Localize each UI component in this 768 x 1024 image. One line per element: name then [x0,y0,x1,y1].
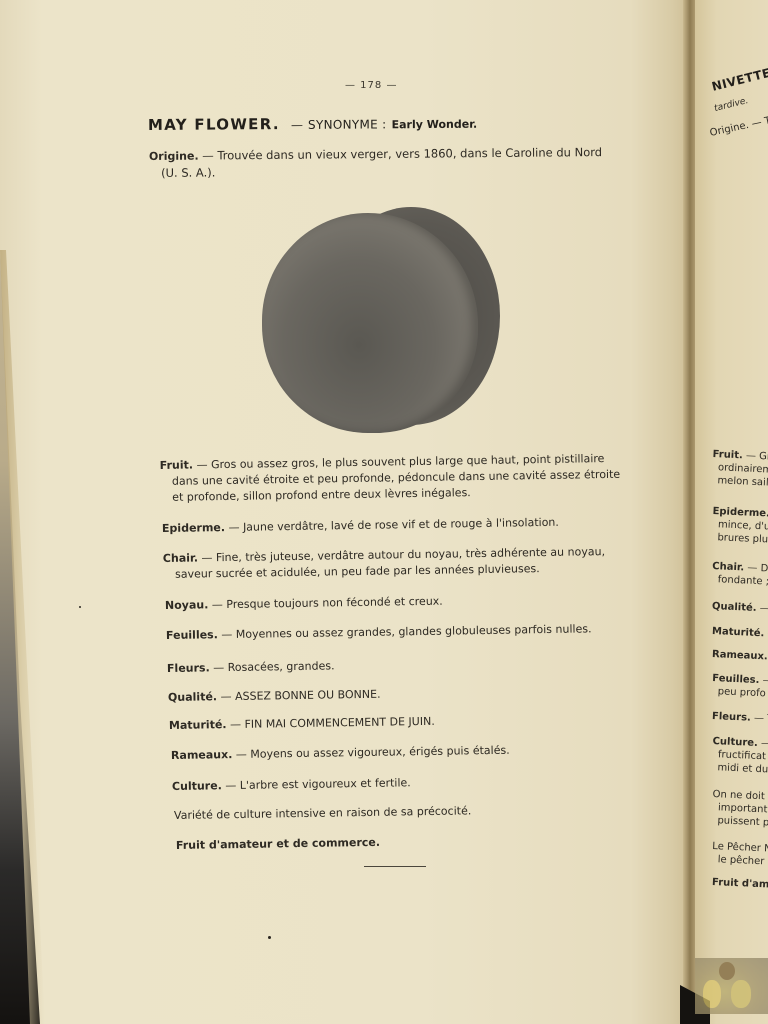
entry-qualite: Qualité. — ASSEZ BONNE OU BONNE. [168,687,381,706]
entry-label: Rameaux. [712,649,768,662]
entry-label: Noyau. [165,598,209,612]
peach-illustration [262,205,502,433]
entry-label: Feuilles. [712,673,760,686]
paragraph-text-cont: puissent p [711,814,768,830]
entry-label: Qualité. [712,601,757,614]
entry-label: Fruit. [160,458,193,472]
paper-speck [268,936,271,939]
origin-text: — Trouvée dans un vieux verger, vers 186… [202,145,602,162]
entry-text: — Gro [746,450,768,462]
entry-text: — Rosacées, grandes. [213,659,335,674]
paragraph-text: On ne doit [712,789,765,802]
right-paragraph-1: On ne doit important puissent p [711,788,768,829]
entry-text: — [761,738,768,749]
entry-label: Epiderme. [162,521,225,535]
heading-dash: — [291,118,303,132]
entry-text-cont: midi et du [711,761,768,777]
entry-fleurs: Fleurs. — Rosacées, grandes. [167,658,335,677]
synonym-label: SYNONYME : [308,117,387,132]
entry-label: Rameaux. [171,748,233,762]
right-entry-epiderme: Epiderme. — mince, d'u brures plus [711,505,768,547]
entry-text: — E [759,603,768,615]
origin-label: Origine. [149,150,199,163]
right-entry-chair: Chair. — D'u fondante ; [711,560,768,589]
entry-text: — ASSEZ BONNE OU BONNE. [220,688,380,704]
peach-front-half [262,213,478,433]
right-entry-fruit: Fruit. — Gro ordinaireme melon saill [711,448,768,490]
entry-label: Culture. [172,779,222,793]
entry-label: Fruit. [712,449,743,461]
entry-text: — Presque toujours non fécondé et creux. [212,595,443,612]
entry-label: Chair. [712,561,744,573]
entry-label: Chair. [163,551,198,565]
entry-text: — Jaune verdâtre, lavé de rose vif et de… [228,516,559,534]
thumbnail-figure-head [719,962,735,980]
paper-speck [79,606,81,608]
corner-thumbnail-photo [695,958,768,1014]
right-entry-culture: Culture. — fructificat midi et du [711,735,768,777]
paragraph-text-cont: le pêcher [711,853,768,869]
entry-label: Maturité. [712,626,765,639]
entry-label: Fleurs. [712,711,751,724]
variety-name: MAY FLOWER. [148,115,280,134]
closing-statement: Fruit d'amateur et de commerce. [176,835,380,854]
entry-label: Maturité. [169,718,227,732]
entry-label: Feuilles. [166,628,218,642]
synonym-value: Early Wonder. [392,118,478,132]
right-entry-feuilles: Feuilles. — E peu profo [711,672,768,701]
entry-label: Culture. [712,736,758,749]
entry-label: Qualité. [168,690,217,704]
entry-fruit: Fruit. — Gros ou assez gros, le plus sou… [160,451,621,506]
entry-text: — L'arbre est vigoureux et fertile. [225,776,411,792]
thumbnail-figure-left [703,980,721,1008]
entry-text: — Moyens ou assez vigoureux, érigés puis… [236,744,510,761]
entry-text: — FIN MAI COMMENCEMENT DE JUIN. [230,715,435,731]
end-divider [364,866,426,867]
origin-entry: Origine. — Trouvée dans un vieux verger,… [149,144,602,181]
entry-text: — E [762,675,768,687]
page-number: — 178 — [345,80,397,91]
variety-heading: MAY FLOWER. — SYNONYME : Early Wonder. [148,113,477,134]
entry-label: Fleurs. [167,661,210,675]
right-paragraph-2: Le Pêcher N le pêcher [711,840,768,869]
thumbnail-figure-right [731,980,751,1008]
entry-text: — D'u [747,563,768,575]
entry-text: — Tr [754,713,768,725]
